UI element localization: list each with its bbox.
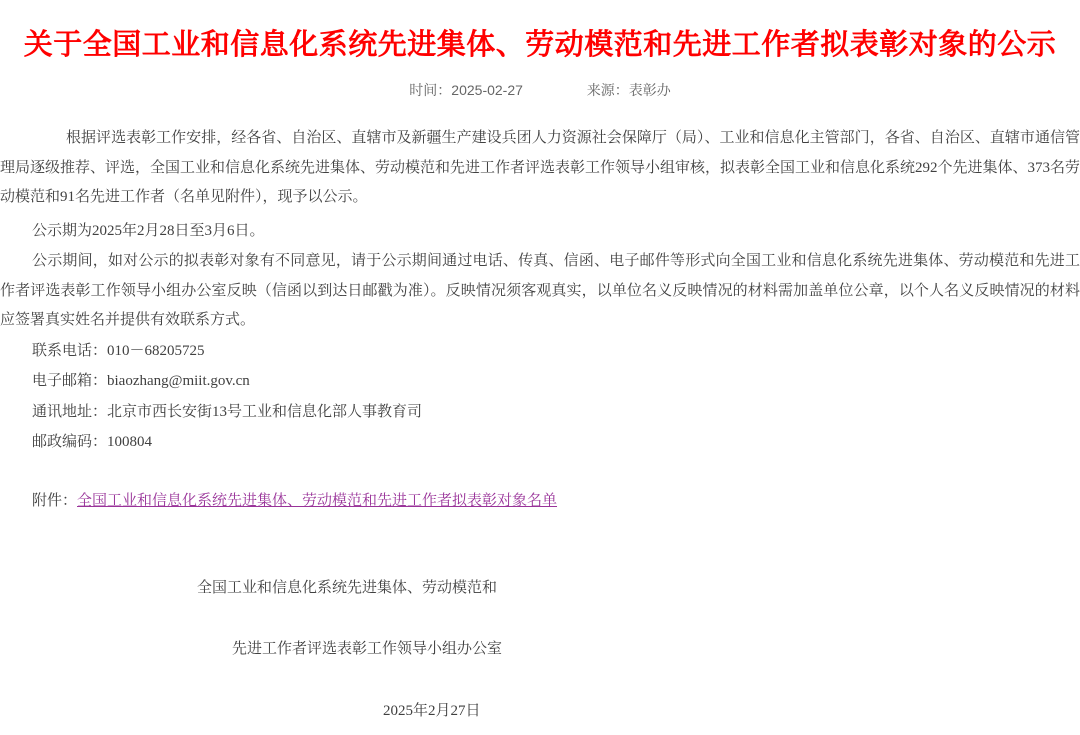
publish-time: 时间：2025-02-27 — [409, 80, 523, 100]
signature-org-line1: 全国工业和信息化系统先进集体、劳动模范和 — [197, 574, 1080, 604]
document-body: 根据评选表彰工作安排，经各省、自治区、直辖市及新疆生产建设兵团人力资源社会保障厅… — [0, 124, 1080, 727]
contact-postcode: 邮政编码：100804 — [0, 428, 1080, 458]
page-title: 关于全国工业和信息化系统先进集体、劳动模范和先进工作者拟表彰对象的公示 — [0, 28, 1080, 62]
attachment-label: 附件： — [32, 493, 77, 509]
source-label: 来源：表彰办 — [587, 80, 671, 100]
signature-org-line2: 先进工作者评选表彰工作领导小组办公室 — [232, 635, 1080, 665]
announcement-page: 关于全国工业和信息化系统先进集体、劳动模范和先进工作者拟表彰对象的公示 时间：2… — [0, 0, 1080, 735]
contact-address: 通讯地址：北京市西长安街13号工业和信息化部人事教育司 — [0, 398, 1080, 428]
contact-phone: 联系电话：010－68205725 — [0, 337, 1080, 367]
contact-email: 电子邮箱：biaozhang@miit.gov.cn — [0, 367, 1080, 397]
attachment-line: 附件：全国工业和信息化系统先进集体、劳动模范和先进工作者拟表彰对象名单 — [0, 487, 1080, 517]
attachment-link[interactable]: 全国工业和信息化系统先进集体、劳动模范和先进工作者拟表彰对象名单 — [77, 493, 557, 509]
paragraph-publicity-period: 公示期为2025年2月28日至3月6日。 — [0, 217, 1080, 247]
meta-line: 时间：2025-02-27 来源：表彰办 — [0, 80, 1080, 100]
paragraph-intro: 根据评选表彰工作安排，经各省、自治区、直辖市及新疆生产建设兵团人力资源社会保障厅… — [0, 124, 1080, 213]
signature-date: 2025年2月27日 — [383, 697, 1080, 727]
paragraph-feedback-instructions: 公示期间，如对公示的拟表彰对象有不同意见，请于公示期间通过电话、传真、信函、电子… — [0, 247, 1080, 336]
